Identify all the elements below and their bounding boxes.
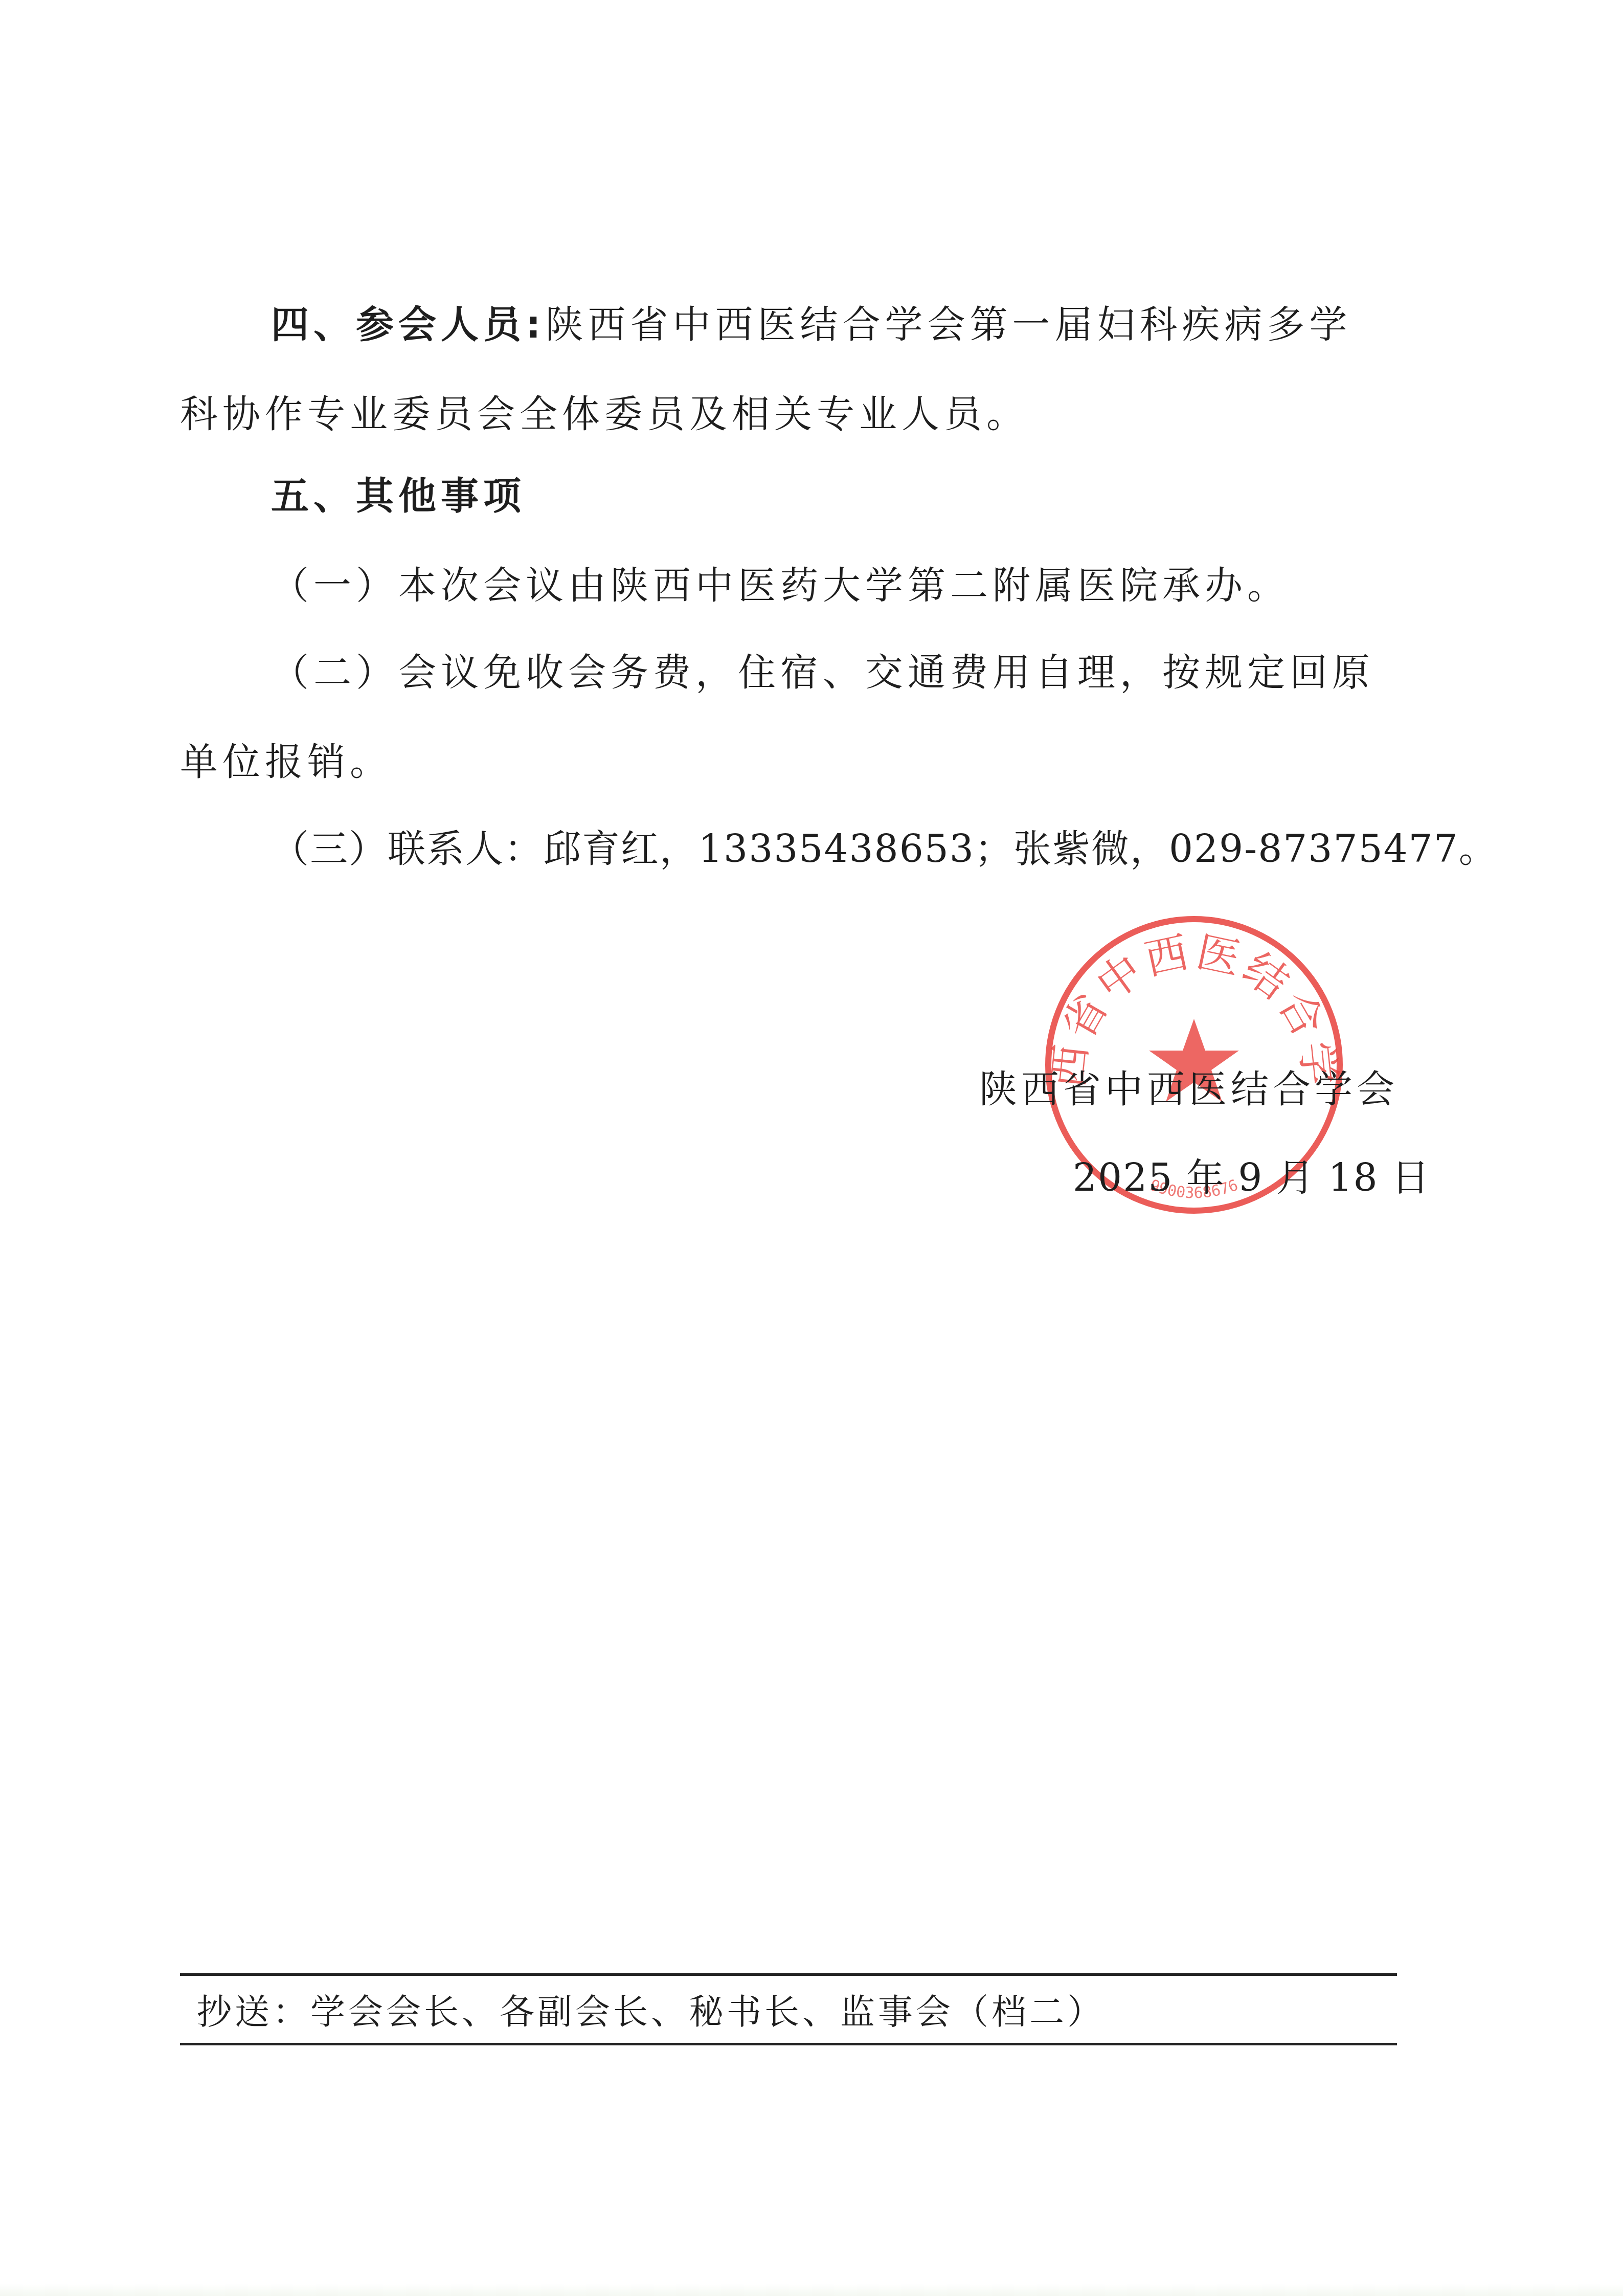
signature-date: 2025 年 9 月 18 日 bbox=[1073, 1155, 1430, 1201]
cc-bottom-divider bbox=[180, 2043, 1397, 2045]
section-5-item-3-contacts: （三）联系人：邱育红，13335438653；张紫微，029-87375477。 bbox=[271, 826, 1498, 872]
scan-edge bbox=[0, 2284, 1623, 2296]
section-5-item-2-line-1: （二）会议免收会务费，住宿、交通费用自理，按规定回原 bbox=[271, 650, 1374, 696]
section-4-colon: : bbox=[526, 303, 546, 347]
section-5-item-2-line-2: 单位报销。 bbox=[180, 739, 392, 785]
section-4-line-2: 科协作专业委员会全体委员及相关专业人员。 bbox=[180, 391, 1029, 437]
document-page: 四、参会人员:陕西省中西医结合学会第一届妇科疾病多学 科协作专业委员会全体委员及… bbox=[0, 0, 1623, 2296]
section-4-line-1: 四、参会人员:陕西省中西医结合学会第一届妇科疾病多学 bbox=[271, 302, 1352, 348]
section-4-text: 陕西省中西医结合学会第一届妇科疾病多学 bbox=[546, 303, 1352, 347]
cc-label: 抄送： bbox=[197, 1992, 310, 2033]
section-5-heading: 五、其他事项 bbox=[271, 473, 526, 519]
signature-organization: 陕西省中西医结合学会 bbox=[979, 1066, 1399, 1112]
cc-line: 抄送：学会会长、各副会长、秘书长、监事会（档二） bbox=[197, 1990, 1105, 2036]
section-4-heading: 四、参会人员 bbox=[271, 303, 526, 347]
section-5-item-1: （一）本次会议由陕西中医药大学第二附属医院承办。 bbox=[271, 563, 1290, 609]
cc-recipients: 学会会长、各副会长、秘书长、监事会（档二） bbox=[310, 1992, 1105, 2033]
cc-top-divider bbox=[180, 1973, 1397, 1976]
